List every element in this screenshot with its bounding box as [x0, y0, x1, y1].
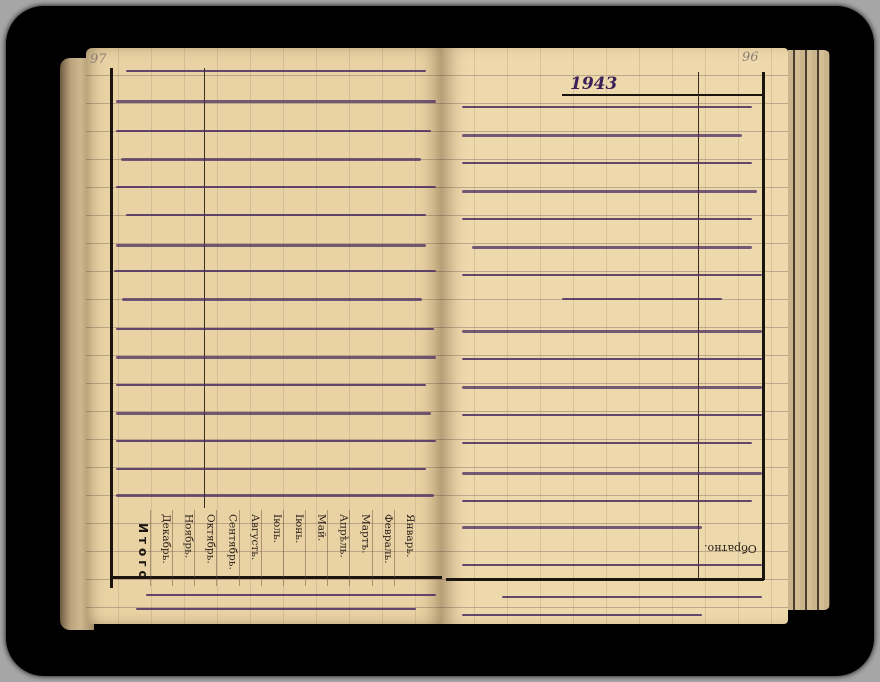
month-label: Январь.: [394, 510, 416, 586]
month-label: Декабрь.: [150, 510, 172, 586]
month-label: Августь.: [239, 510, 261, 586]
column-rule: [204, 68, 205, 508]
left-page: 97 Январь. Февраль. Мартъ. Апрѣль. Май. …: [86, 48, 442, 624]
month-label: Апрѣль.: [327, 510, 349, 586]
table-bottom-rule: [446, 578, 764, 581]
column-rule: [698, 72, 699, 578]
right-page-edges: [788, 50, 830, 610]
page-number-right: 96: [742, 50, 759, 65]
month-label: Февраль.: [372, 510, 394, 586]
month-label: Іюнь.: [283, 510, 305, 586]
header-date: 1943: [570, 74, 617, 94]
open-notebook: 97 Январь. Февраль. Мартъ. Апрѣль. Май. …: [60, 44, 830, 624]
month-label: Ноябрь.: [172, 510, 194, 586]
month-table: Январь. Февраль. Мартъ. Апрѣль. Май. Іюн…: [110, 510, 416, 586]
printed-label: Обратно.: [704, 542, 757, 555]
month-label: Октябрь.: [194, 510, 216, 586]
right-page: 96 1943 Обратно.: [442, 48, 788, 624]
header-underline: [562, 94, 762, 96]
total-label: Итого: [110, 510, 150, 586]
page-number-left: 97: [90, 52, 107, 67]
month-label: Сентябрь.: [216, 510, 238, 586]
margin-rule: [762, 72, 765, 580]
month-label: Мартъ.: [349, 510, 371, 586]
month-label: Іюль.: [261, 510, 283, 586]
month-label: Май.: [305, 510, 327, 586]
